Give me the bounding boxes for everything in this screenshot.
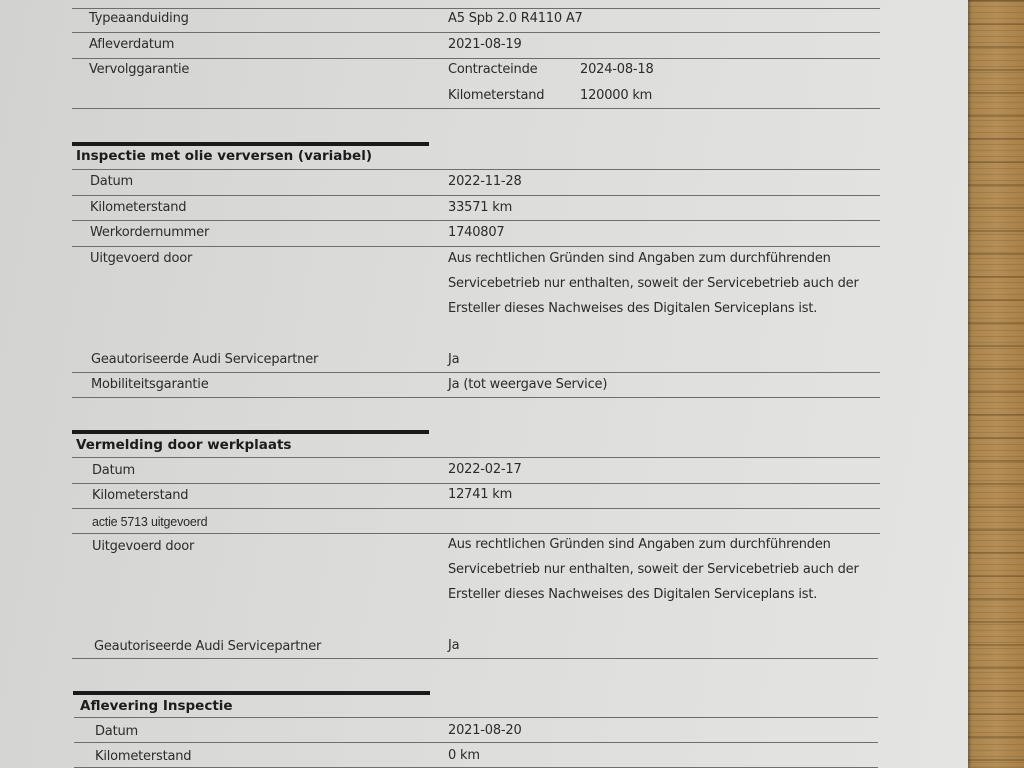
date-label: Datum	[95, 724, 138, 740]
authorized-partner-value: Ja	[448, 352, 459, 368]
divider	[72, 246, 880, 247]
performed-by-line-3: Ersteller dieses Nachweises des Digitale…	[448, 301, 817, 317]
follow-warranty-label: Vervolggarantie	[89, 62, 189, 78]
divider	[72, 658, 878, 659]
divider	[72, 483, 880, 484]
warranty-km-value: 120000 km	[580, 88, 652, 104]
performed-by-line-1: Aus rechtlichen Gründen sind Angaben zum…	[448, 251, 831, 267]
work-order-label: Werkordernummer	[90, 225, 209, 241]
performed-by-line-1: Aus rechtlichen Gründen sind Angaben zum…	[448, 537, 831, 553]
workshop-note: actie 5713 uitgevoerd	[92, 514, 207, 530]
divider	[72, 508, 880, 509]
authorized-partner-value: Ja	[448, 638, 459, 654]
performed-by-line-3: Ersteller dieses Nachweises des Digitale…	[448, 587, 817, 603]
contract-end-label: Contracteinde	[448, 62, 537, 78]
delivery-date-value: 2021-08-19	[448, 37, 522, 53]
type-label: Typeaanduiding	[89, 11, 189, 27]
authorized-partner-label: Geautoriseerde Audi Servicepartner	[94, 639, 321, 655]
performed-by-line-2: Servicebetrieb nur enthalten, soweit der…	[448, 276, 859, 292]
authorized-partner-label: Geautoriseerde Audi Servicepartner	[91, 352, 318, 368]
service-document-page: Typeaanduiding A5 Spb 2.0 R4110 A7 Aflev…	[0, 0, 968, 768]
divider	[72, 58, 880, 59]
section-bar	[73, 691, 430, 695]
mileage-value: 33571 km	[448, 200, 512, 216]
warranty-km-label: Kilometerstand	[448, 88, 544, 104]
mobility-warranty-value: Ja (tot weergave Service)	[448, 377, 607, 393]
date-label: Datum	[90, 174, 133, 190]
mobility-warranty-label: Mobiliteitsgarantie	[91, 377, 209, 393]
section-title-inspection-oil: Inspectie met olie verversen (variabel)	[76, 148, 372, 164]
section-title-workshop-note: Vermelding door werkplaats	[76, 437, 291, 453]
delivery-date-label: Afleverdatum	[89, 37, 174, 53]
mileage-value: 12741 km	[448, 487, 512, 503]
wooden-table-background	[968, 0, 1024, 768]
date-value: 2022-11-28	[448, 174, 522, 190]
mileage-label: Kilometerstand	[92, 488, 188, 504]
divider	[74, 742, 878, 743]
divider	[72, 32, 880, 33]
divider	[72, 108, 880, 109]
type-value: A5 Spb 2.0 R4110 A7	[448, 11, 583, 27]
performed-by-label: Uitgevoerd door	[90, 251, 192, 267]
divider	[72, 220, 880, 221]
section-bar	[72, 430, 429, 434]
date-value: 2021-08-20	[448, 723, 522, 739]
divider	[72, 372, 880, 373]
divider	[72, 195, 880, 196]
divider	[72, 533, 880, 534]
section-title-delivery-inspection: Aflevering Inspectie	[80, 698, 233, 714]
divider	[72, 169, 880, 170]
divider	[74, 717, 878, 718]
mileage-value: 0 km	[448, 748, 480, 764]
divider	[72, 457, 880, 458]
performed-by-line-2: Servicebetrieb nur enthalten, soweit der…	[448, 562, 859, 578]
mileage-label: Kilometerstand	[90, 200, 186, 216]
divider	[72, 8, 880, 9]
work-order-value: 1740807	[448, 225, 505, 241]
divider	[72, 397, 880, 398]
mileage-label: Kilometerstand	[95, 749, 191, 765]
date-label: Datum	[92, 463, 135, 479]
contract-end-value: 2024-08-18	[580, 62, 654, 78]
performed-by-label: Uitgevoerd door	[92, 539, 194, 555]
date-value: 2022-02-17	[448, 462, 522, 478]
section-bar	[72, 142, 429, 146]
